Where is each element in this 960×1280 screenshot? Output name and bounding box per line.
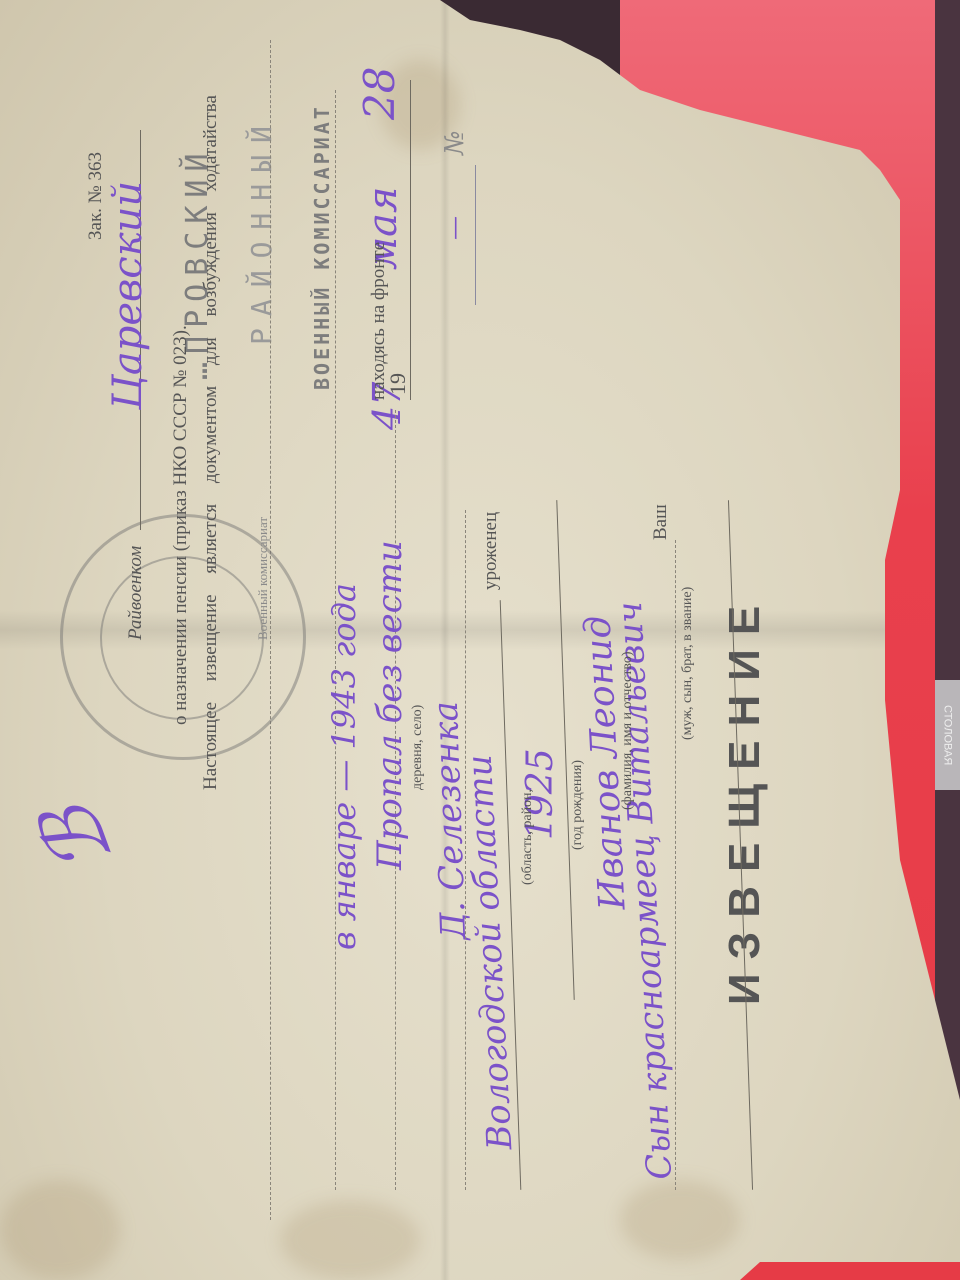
document-content: …ПРОВСКИЙ РАЙОННЫЙ ВОЕННЫЙ КОМИССАРИАТ 2…: [0, 0, 960, 1280]
village-caption: деревня, село): [410, 705, 426, 790]
seal-ring-text: Военный комиссариат: [255, 517, 271, 640]
commissar-signature: Царевский: [105, 181, 151, 410]
status-value-1: Пропал без вести: [370, 540, 410, 870]
number-underline: [475, 165, 476, 305]
birth-year-caption: (год рождения): [570, 760, 586, 850]
notice-line1: Настоящее извещение является документом …: [200, 95, 222, 790]
notice-line2: о назначении пенсии (приказ НКО СССР № 0…: [170, 325, 192, 725]
status-value-2: в январе — 1943 года: [325, 583, 363, 950]
village-line: [465, 510, 466, 1190]
order-number: Зак. № 363: [85, 152, 107, 240]
village-value: Д. Селезенка: [426, 701, 474, 941]
region-caption: (область, район,: [520, 789, 536, 885]
name-caption: (фамилия, имя и отчество): [620, 651, 636, 810]
relation-caption: (муж, сын, брат, в звание): [680, 587, 696, 740]
date-underline: [410, 80, 411, 400]
urozhenets-label: уроженец: [480, 512, 502, 590]
commissar-title: Райвоенком: [125, 546, 147, 640]
number-prefix: №: [440, 130, 470, 155]
header-stamp-line3: ВОЕННЫЙ КОМИССАРИАТ: [310, 104, 334, 390]
number-value: —: [440, 216, 468, 240]
date-day: 28: [355, 67, 404, 120]
commissar-autograph: ℬ: [22, 793, 131, 884]
header-stamp-line2: РАЙОННЫЙ: [245, 114, 278, 345]
document-title: ИЗВЕЩЕНИЕ: [720, 592, 770, 1005]
front-label: находясь на фронте: [368, 242, 390, 400]
vash-label: Ваш: [650, 504, 672, 540]
